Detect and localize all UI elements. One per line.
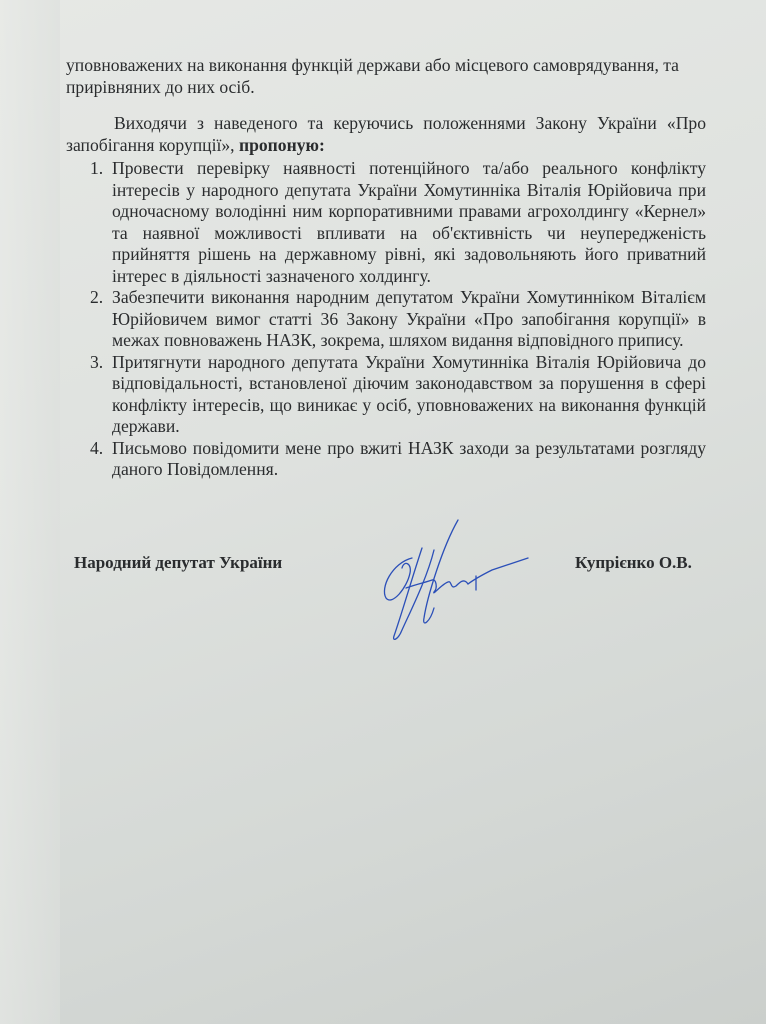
proposal-item: 1.Провести перевірку наявності потенційн…	[112, 158, 706, 287]
intro-paragraph-continuation: уповноважених на виконання функцій держа…	[66, 55, 706, 98]
proposal-item: 4.Письмово повідомити мене про вжиті НАЗ…	[112, 438, 706, 481]
proposals-list: 1.Провести перевірку наявності потенційн…	[66, 158, 706, 481]
proposal-text: Притягнути народного депутата України Хо…	[112, 352, 706, 437]
signatory-title: Народний депутат України	[74, 553, 282, 573]
signatory-name: Купрієнко О.В.	[575, 553, 692, 573]
proposal-text: Письмово повідомити мене про вжиті НАЗК …	[112, 438, 706, 480]
proposal-intro-text: Виходячи з наведеного та керуючись полож…	[66, 113, 706, 155]
handwritten-signature-icon	[372, 518, 532, 643]
page-fold-shadow	[0, 0, 60, 1024]
item-number: 4.	[90, 438, 103, 460]
signature-block: Народний депутат України Купрієнко О.В.	[74, 553, 714, 663]
item-number: 3.	[90, 352, 103, 374]
proposal-intro-paragraph: Виходячи з наведеного та керуючись полож…	[66, 113, 706, 156]
proposal-item: 3.Притягнути народного депутата України …	[112, 352, 706, 438]
proposal-keyword: пропоную:	[239, 135, 325, 155]
proposal-text: Провести перевірку наявності потенційног…	[112, 158, 706, 286]
proposal-text: Забезпечити виконання народним депутатом…	[112, 287, 706, 350]
item-number: 1.	[90, 158, 103, 180]
proposal-item: 2.Забезпечити виконання народним депутат…	[112, 287, 706, 352]
document-page: уповноважених на виконання функцій держа…	[66, 55, 706, 481]
item-number: 2.	[90, 287, 103, 309]
